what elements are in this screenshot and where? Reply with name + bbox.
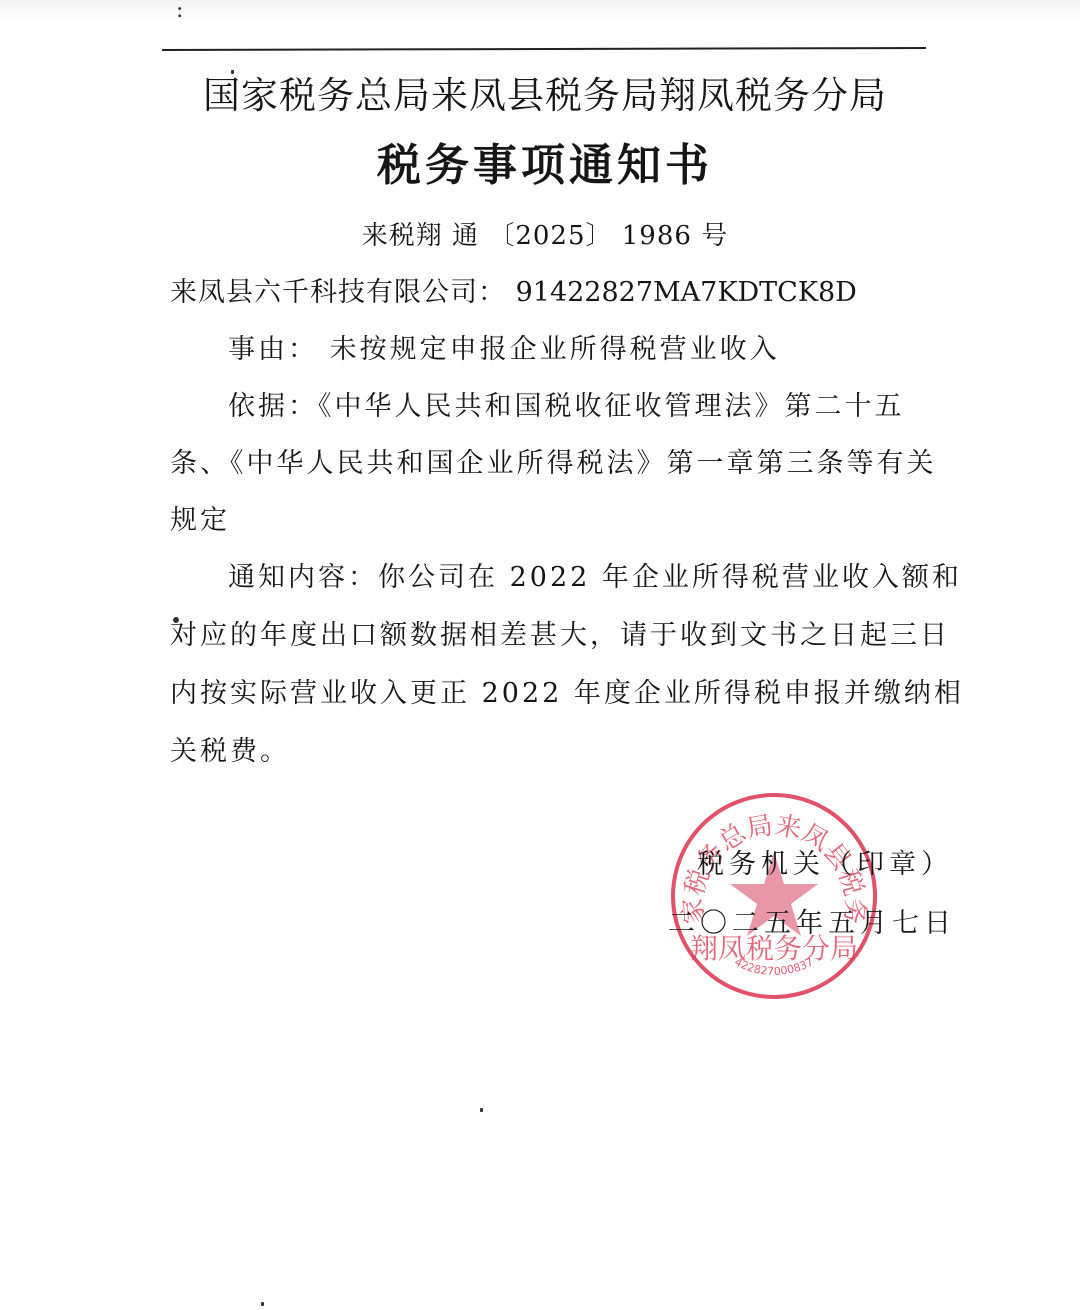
company-name: 来凤县六千科技有限公司： [170, 277, 506, 308]
notice-line-1: 通知内容：你公司在 2022 年企业所得税营业收入额和 [170, 558, 988, 598]
basis-line-2: 条、《中华人民共和国企业所得税法》第一章第三条等有关 [170, 444, 930, 484]
scan-speck [480, 1108, 483, 1112]
signature-authority: 税务机关（印章） [697, 845, 953, 885]
signature-date: 二〇二五年五月七日 [668, 904, 956, 944]
notice-line-4: 关税费。 [170, 732, 930, 772]
scan-top-edge [0, 0, 1080, 22]
scan-mark: : [176, 0, 183, 22]
reason-line: 事由： 未按规定申报企业所得税营业收入 [170, 330, 988, 370]
document-number: 来税翔 通 〔2025〕 1986 号 [160, 216, 930, 256]
scan-speck [261, 1302, 264, 1306]
addressee-line: 来凤县六千科技有限公司： 91422827MA7KDTCK8D [170, 273, 930, 313]
header-divider [162, 47, 926, 51]
notice-line-3: 内按实际营业收入更正 2022 年度企业所得税申报并缴纳相 [170, 674, 930, 714]
credit-code: 91422827MA7KDTCK8D [516, 277, 857, 308]
basis-line-1: 依据：《中华人民共和国税收征收管理法》第二十五 [170, 387, 988, 427]
notice-line-2: 对应的年度出口额数据相差甚大，请于收到文书之日起三日 [170, 616, 930, 656]
reason-label: 事由： [228, 334, 318, 365]
basis-line-3: 规定 [170, 501, 930, 541]
document-title: 税务事项通知书 [160, 138, 930, 194]
reason-text: 未按规定申报企业所得税营业收入 [330, 334, 780, 365]
official-seal-icon: 国家税务总局来凤县税务局 翔凤税务分局 422827000837 [668, 790, 880, 1002]
issuing-authority: 国家税务总局来凤县税务局翔凤税务分局 [160, 72, 930, 120]
